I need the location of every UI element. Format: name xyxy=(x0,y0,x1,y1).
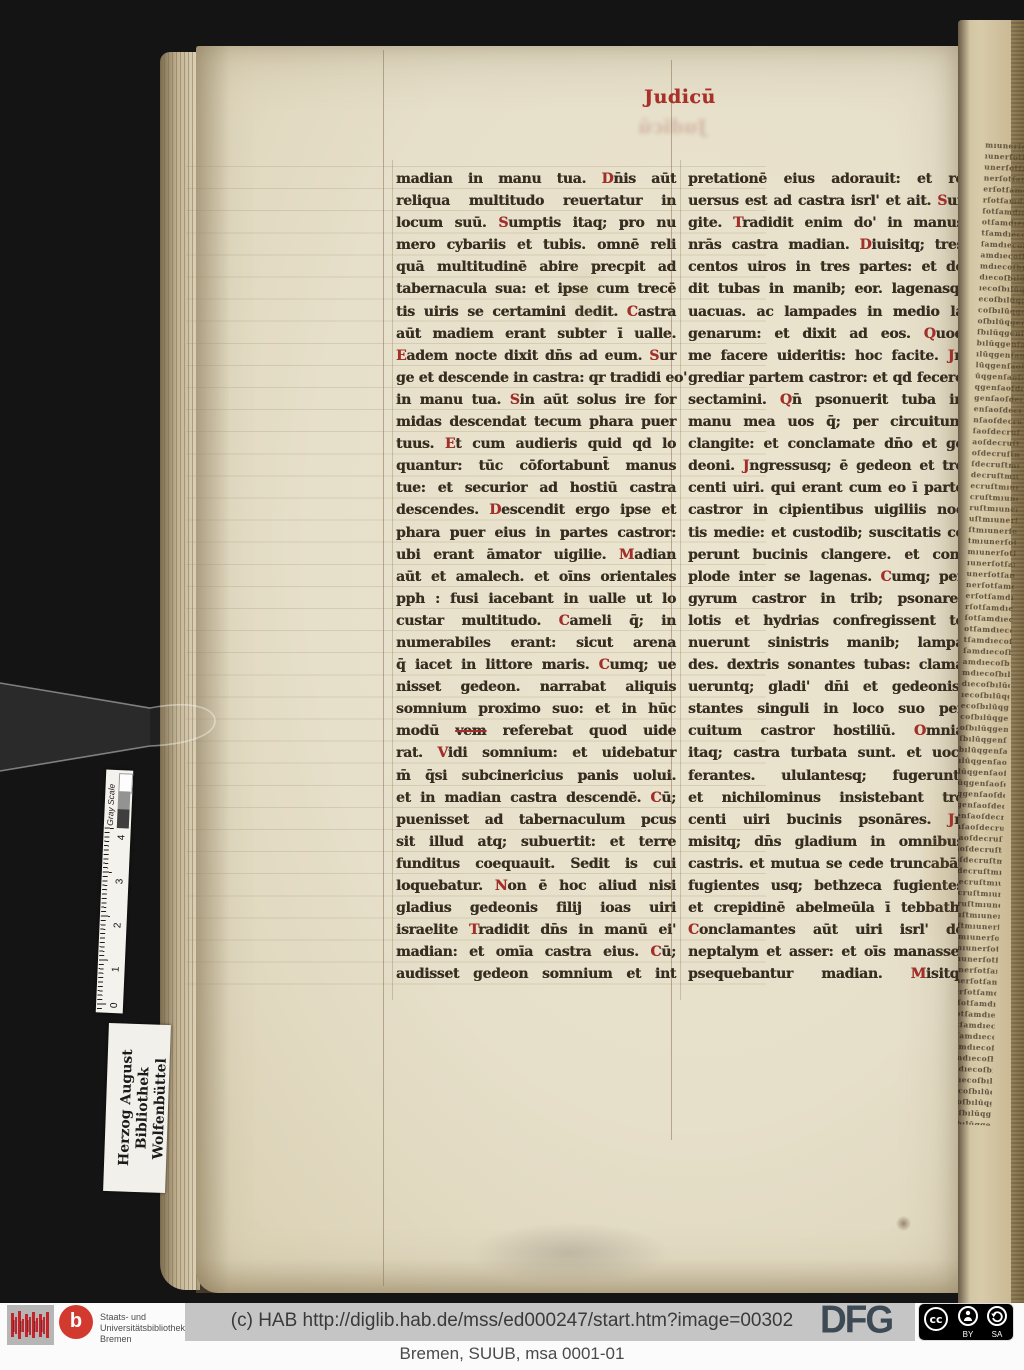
footer-bar: b Staats- und Universitätsbibliothek Bre… xyxy=(0,1303,1024,1370)
manuscript-line: ueruntq; gladi' dn̄i et gedeonis. xyxy=(688,676,964,698)
manuscript-line: uacuas. ac lampades in medio la xyxy=(688,301,964,323)
manuscript-line: custar multitudo. Cameli q̄; in xyxy=(396,610,676,632)
text-column-left: madian in manu tua. Dn̄is aūtreliqua mul… xyxy=(396,168,676,985)
manuscript-line: ferantes. ululantesq; fugerunt: xyxy=(688,765,964,787)
cc-sa-label: SA xyxy=(992,1330,1003,1339)
manuscript-line: gyrum castror in trib; psonaret xyxy=(688,588,964,610)
ruler-number: 1 xyxy=(110,960,123,973)
manuscript-line: manu mea uos q̄; per circuitum xyxy=(688,411,964,433)
manuscript-line: castror in cipientibus uigiliis noc xyxy=(688,499,964,521)
manuscript-line: modū vem referebat quod uide xyxy=(396,720,676,742)
manuscript-line: puenisset ad tabernaculum pcus xyxy=(396,809,676,831)
manuscript-line: sit illud atq; subuertit: et terre xyxy=(396,831,676,853)
manuscript-line: ge et descende in castra: qr tradidi eo' xyxy=(396,367,676,389)
manuscript-line: stantes singuli in loco suo per xyxy=(688,698,964,720)
shelfmark-caption: Bremen, SUUB, msa 0001-01 xyxy=(0,1344,1024,1364)
ruler-number: 4 xyxy=(116,828,129,841)
hab-ownership-label: Herzog August Bibliothek Wolfenbüttel xyxy=(94,1025,180,1192)
manuscript-line: ubi erant āmator uigilie. Madian xyxy=(396,544,676,566)
facing-page-edge: mıunerſotſamdıecoſbılūqgenſaoſdecruſtmıu… xyxy=(958,20,1024,1344)
manuscript-line: descendes. Descendit ergo ipse et xyxy=(396,499,676,521)
gray-patch-mid xyxy=(118,791,131,810)
manuscript-line: Conclamantes aūt uiri isrl' de xyxy=(688,919,964,941)
manuscript-line: cuitum castror hostiliū. Omnia xyxy=(688,720,964,742)
manuscript-line: m̄ q̄si subcinericius panis uolui. xyxy=(396,765,676,787)
ruler-number: 0 xyxy=(109,996,122,1009)
manuscript-line: pretationē eius adorauit: et re xyxy=(688,168,964,190)
manuscript-line: numerabiles erant: sicut arena xyxy=(396,632,676,654)
facing-fore-edge xyxy=(1011,20,1024,1344)
manuscript-line: des. dextris sonantes tubas: clama xyxy=(688,654,964,676)
manuscript-line: tuus. Et cum audieris quid qd lo xyxy=(396,433,676,455)
bottom-shadow xyxy=(196,1259,962,1293)
manuscript-line: genarum: et dixit ad eos. Quod xyxy=(688,323,964,345)
vertical-ruling xyxy=(383,50,384,1286)
manuscript-line: sectamini. Qn̄ psonuerit tuba in xyxy=(688,389,964,411)
ruler-number: 2 xyxy=(112,916,125,929)
manuscript-line: madian in manu tua. Dn̄is aūt xyxy=(396,168,676,190)
manuscript-line: gladius gedeonis filij ioas uiri xyxy=(396,897,676,919)
manuscript-line: Eadem nocte dixit dn̄s ad eum. Sur xyxy=(396,345,676,367)
manuscript-line: aūt madiem erant subter ī ualle. xyxy=(396,323,676,345)
manuscript-line: gite. Tradidit enim do' in manus xyxy=(688,212,964,234)
manuscript-line: tis medie: et custodib; suscitatis ce xyxy=(688,522,964,544)
manuscript-line: nrās castra madian. Diuisitq; tres xyxy=(688,234,964,256)
manuscript-line: phara puer eius in partes castror: xyxy=(396,522,676,544)
gray-patch-dark xyxy=(117,809,130,829)
manuscript-line: aūt et amalech. et oīns orientales xyxy=(396,566,676,588)
manuscript-line: madian: et omīa castra eius. Cū; xyxy=(396,941,676,963)
manuscript-line: dit tubas in manib; eor. lagenasq; xyxy=(688,278,964,300)
manuscript-line: quantur: tūc cōfortabunt̄ manus xyxy=(396,455,676,477)
manuscript-line: castris. et mutua se cede truncabāt xyxy=(688,853,964,875)
manuscript-line: clangite: et conclamate dn̄o et ge xyxy=(688,433,964,455)
manuscript-line: tue: et securior ad hostiū castra xyxy=(396,477,676,499)
digitized-manuscript-photo: Judicū Judicū madian in manu tua. Dn̄is … xyxy=(0,0,1024,1370)
vertical-ruling xyxy=(680,160,681,1000)
rubric-heading: Judicū xyxy=(644,86,716,108)
manuscript-line: somnium proximo suo: et in hūc xyxy=(396,698,676,720)
manuscript-line: misitq; dn̄s gladium in omnibus xyxy=(688,831,964,853)
manuscript-line: me facere uideritis: hoc facite. Jn xyxy=(688,345,964,367)
manuscript-line: itaq; castra turbata sunt. et uoci xyxy=(688,742,964,764)
manuscript-line: q̄ iacet in littore maris. Cumq; ue xyxy=(396,654,676,676)
manuscript-line: psequebantur madian. Misitq; xyxy=(688,963,964,985)
manuscript-line: fugientes usq; bethzeca fugientes xyxy=(688,875,964,897)
manuscript-line: deoni. Jngressusq; ē gedeon et tre xyxy=(688,455,964,477)
cc-by-sa-icons: cc BY SA xyxy=(919,1304,1013,1340)
manuscript-line: grediar partem castror: et qd fecero xyxy=(688,367,964,389)
manuscript-line: in manu tua. Sin aūt solus ire for xyxy=(396,389,676,411)
ruler-number: 3 xyxy=(114,872,127,885)
manuscript-line: tabernacula sua: et ipse cum trecē xyxy=(396,278,676,300)
manuscript-line: centi uiri. qui erant cum eo ī parte xyxy=(688,477,964,499)
manuscript-line: locum suū. Sumptis itaq; pro nu xyxy=(396,212,676,234)
manuscript-line: plode inter se lagenas. Cumq; per xyxy=(688,566,964,588)
ruler-ticks-large xyxy=(97,828,114,1010)
manuscript-line: quā multitudinē abire precpit ad xyxy=(396,256,676,278)
manuscript-line: perunt bucinis clangere. et com xyxy=(688,544,964,566)
show-through-ghost: Judicū xyxy=(638,116,707,138)
vertical-ruling xyxy=(392,160,393,1000)
cc-sa-arrow-icon xyxy=(988,1307,1006,1325)
manuscript-line: israelite Tradidit dn̄s in manū ei' xyxy=(396,919,676,941)
manuscript-line: et crepidinē abelmeūla ī tebbath. xyxy=(688,897,964,919)
manuscript-line: nisset gedeon. narrabat aliquis xyxy=(396,676,676,698)
cc-by-label: BY xyxy=(963,1330,974,1339)
manuscript-line: et nichilominus insistebant tre xyxy=(688,787,964,809)
facing-gutter-shadow xyxy=(958,20,970,1344)
manuscript-line: rat. Vidi somnium: et uidebatur xyxy=(396,742,676,764)
manuscript-line: loquebatur. Non ē hoc aliud nisi xyxy=(396,875,676,897)
manuscript-line: midas descendat tecum phara puer xyxy=(396,411,676,433)
cc-by-person-icon xyxy=(959,1307,977,1325)
manuscript-line: funditus coequauit. Sedit is cui xyxy=(396,853,676,875)
manuscript-line: lotis et hydrias confregissent te xyxy=(688,610,964,632)
manuscript-line: mero cybariis et tubis. omnē reli xyxy=(396,234,676,256)
text-column-right: pretationē eius adorauit: et reuersus es… xyxy=(688,168,964,985)
manuscript-line: centos uiros in tres partes: et de xyxy=(688,256,964,278)
cc-license-badge: cc BY SA xyxy=(918,1303,1014,1341)
manuscript-line: audisset gedeon somnium et int xyxy=(396,963,676,985)
manuscript-line: uersus est ad castra isrl' et ait. Sur xyxy=(688,190,964,212)
manuscript-line: reliqua multitudo reuertatur in xyxy=(396,190,676,212)
manuscript-line: et in madian castra descendē. Cū; xyxy=(396,787,676,809)
gray-scale-ruler: Gray Scale 4 3 2 1 0 xyxy=(96,770,134,1014)
manuscript-line: neptalym et asser: et oīs manasse: xyxy=(688,941,964,963)
dfg-logo: DFG xyxy=(820,1298,916,1344)
svg-text:cc: cc xyxy=(929,1313,942,1326)
manuscript-line: nuerunt sinistris manib; lampa xyxy=(688,632,964,654)
manuscript-line: tis uiris se certamini dedit. Castra xyxy=(396,301,676,323)
manuscript-line: centi uiri bucinis psonāres. Jn xyxy=(688,809,964,831)
manuscript-line: pph : fusi iacebant in ualle ut lo xyxy=(396,588,676,610)
